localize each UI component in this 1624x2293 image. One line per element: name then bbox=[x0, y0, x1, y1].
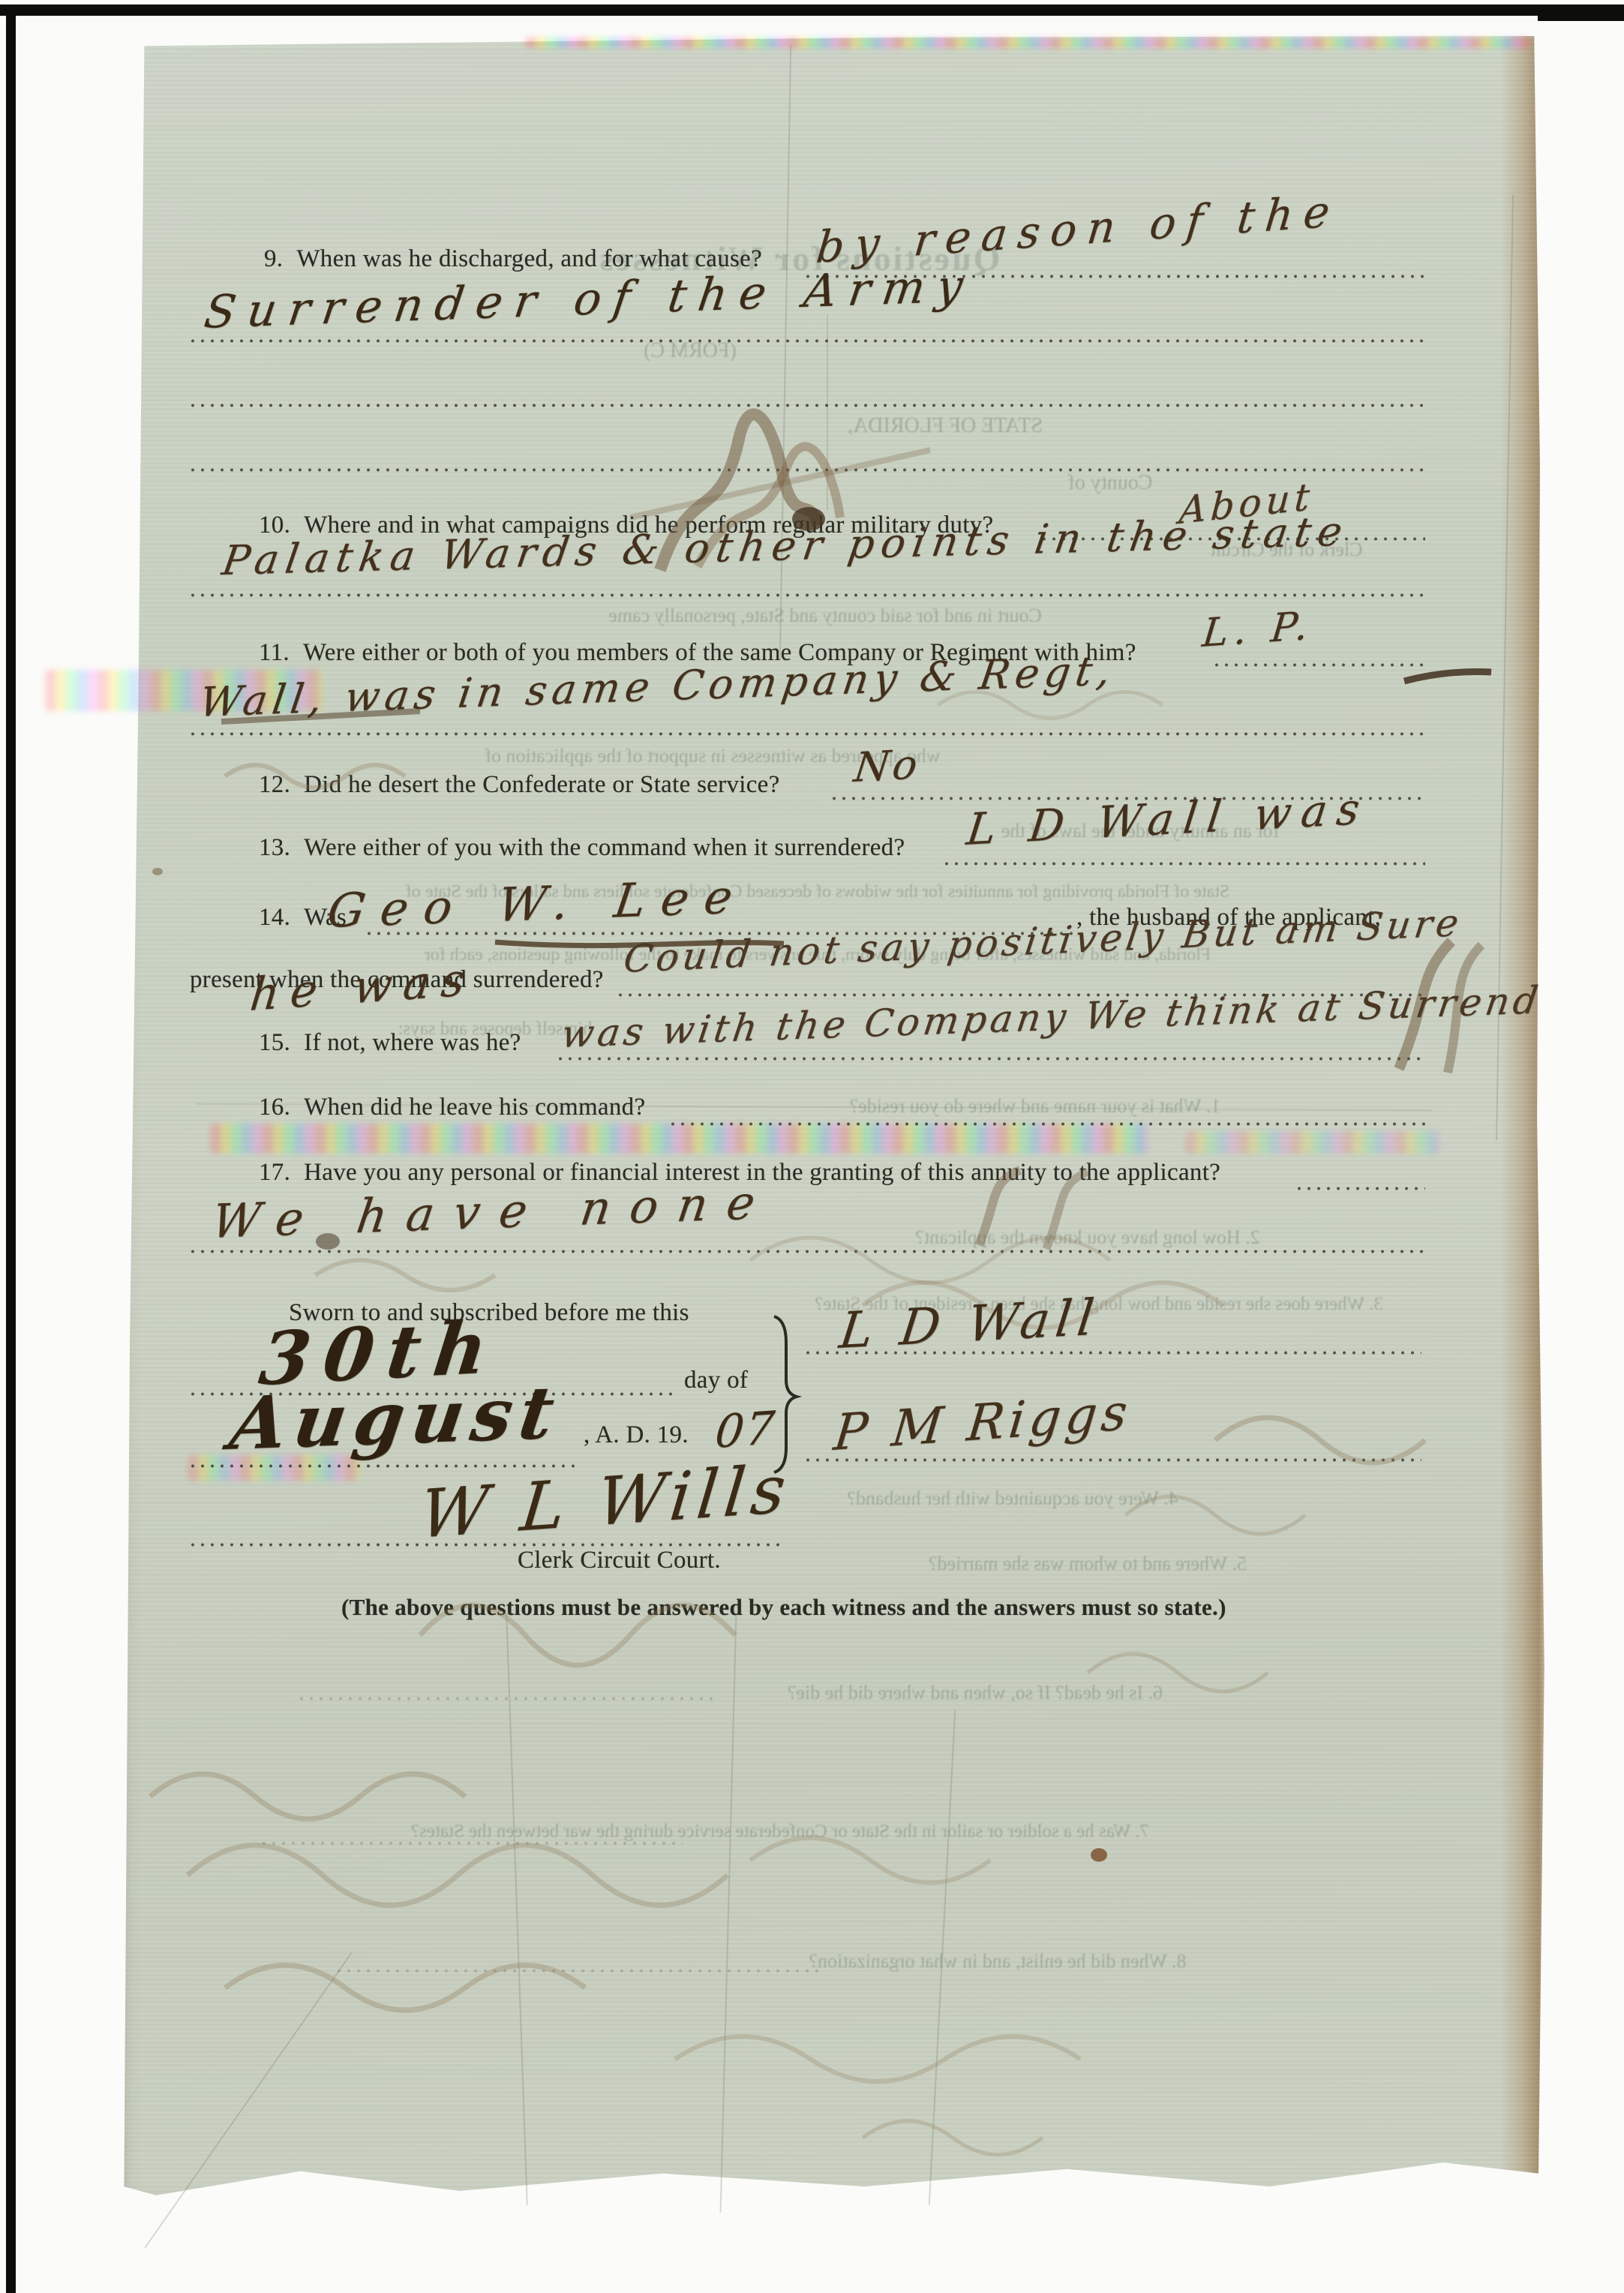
handwritten-year: 07 bbox=[713, 1402, 779, 1459]
handwritten-q12-answer: No bbox=[851, 740, 923, 791]
handwritten-q11-answer-inline: L. P. bbox=[1200, 603, 1316, 656]
handwritten-month: August bbox=[225, 1370, 566, 1466]
ink-marks bbox=[0, 0, 1624, 2293]
scanned-document-page: Questions for Witnesses (FORM C) STATE O… bbox=[0, 0, 1624, 2293]
